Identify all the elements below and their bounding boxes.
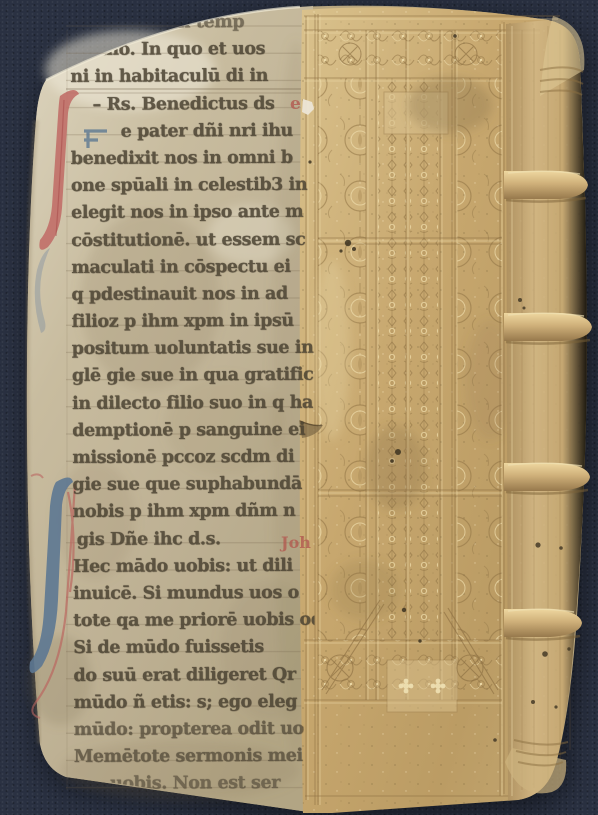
- spine: [493, 16, 592, 800]
- photo-background: ta crescit in temp in dño. In quo et uos…: [0, 0, 598, 815]
- gold-cover: [299, 7, 592, 813]
- manuscript-line: benedixit nos in omni b: [71, 145, 314, 173]
- manuscript-line: maculati in cōspectu ei: [71, 253, 314, 281]
- manuscript-line: missionē pccoz scdm di: [72, 444, 315, 472]
- manuscript-line: tote qa me priorē uobis od: [73, 607, 316, 635]
- manuscript-line: one spūali in celestib3 in: [71, 172, 314, 200]
- rubric-johannes: Joh: [281, 533, 311, 552]
- manuscript-line: nobis p ihm xpm dñm n: [73, 498, 316, 526]
- manuscript-line: positum uoluntatis sue in: [72, 335, 315, 363]
- manuscript-line: – Rs. Benedictus ds: [70, 90, 313, 118]
- manuscript-line: in dilecto filio suo in q ha: [72, 389, 315, 417]
- manuscript-line: gie sue que suphabundā: [72, 471, 315, 499]
- manuscript-line: filioz p ihm xpm in ipsū: [72, 308, 315, 336]
- manuscript-line: Memētote sermonis mei: [74, 743, 317, 771]
- manuscript-line: q pdestinauit nos in ad: [71, 281, 314, 309]
- manuscript-line: demptionē p sanguine ei: [72, 417, 315, 445]
- manuscript-line: e pater dñi nri ihu: [71, 117, 314, 145]
- manuscript-line: Si de mūdo fuissetis: [73, 634, 316, 662]
- manuscript-line: inuicē. Si mundus uos o: [73, 580, 316, 608]
- manuscript-line: cōstitutionē. ut essem sc: [71, 226, 314, 254]
- manuscript-line: glē gie sue in qua gratifica: [72, 362, 315, 390]
- manuscript-line: do suū erat diligeret Qr: [73, 661, 316, 689]
- manuscript-line: mūdo: propterea odit uo: [74, 716, 317, 744]
- manuscript-line: Hec mādo uobis: ut dili: [73, 552, 316, 580]
- manuscript-line: gis Dñe ihc d.s.: [73, 525, 316, 553]
- manuscript-line: elegit nos in ipso ante m: [71, 199, 314, 227]
- manuscript-line: mūdo ñ etis: s; ego eleg: [74, 688, 317, 716]
- rubric-initial-mark: e: [290, 94, 301, 114]
- manuscript-line: ni in habitaculū di in: [70, 63, 313, 91]
- manuscript-text: ta crescit in temp in dño. In quo et uos…: [70, 9, 317, 799]
